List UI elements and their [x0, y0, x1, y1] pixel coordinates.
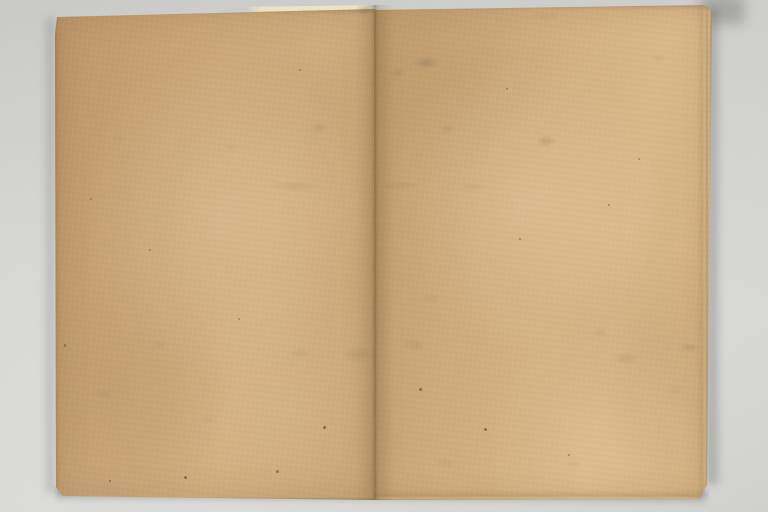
foxing-speck: [519, 238, 521, 240]
paper-stain: [648, 52, 670, 65]
foxing-speck: [109, 480, 111, 482]
book-shadow-right: [706, 8, 718, 484]
paper-stain: [610, 350, 642, 367]
paper-stain: [198, 414, 220, 425]
paper-stain: [436, 122, 460, 136]
paper-stain: [108, 132, 130, 145]
book-cast-shadow: [56, 488, 706, 505]
paper-stain: [560, 458, 584, 470]
paper-stain: [286, 346, 314, 361]
paper-stain: [418, 292, 444, 305]
paper-stain: [220, 142, 240, 153]
paper-stain: [532, 132, 560, 150]
photograph: [0, 0, 768, 512]
paper-stain: [452, 182, 496, 192]
foxing-speck: [419, 388, 422, 391]
foxing-speck: [299, 69, 301, 71]
foxing-speck: [276, 470, 279, 473]
paper-stain: [386, 66, 408, 80]
foxing-speck: [484, 428, 487, 431]
foxing-speck: [568, 454, 570, 456]
foxing-speck: [184, 476, 187, 479]
paper-stain: [336, 342, 380, 366]
paper-stain: [88, 388, 116, 401]
foxing-speck: [323, 426, 326, 429]
paper-stain: [306, 120, 332, 136]
paper-stain: [524, 12, 568, 21]
book-shadow-top-right: [700, 0, 744, 24]
foxing-speck: [64, 344, 66, 347]
paper-stain: [148, 338, 172, 351]
foxing-speck: [90, 198, 92, 200]
foxing-speck: [638, 158, 640, 160]
book-shadow-left: [46, 18, 55, 492]
right-page: [374, 5, 712, 501]
left-page: [55, 9, 375, 500]
paper-stain: [674, 342, 704, 353]
center-fold-gutter: [356, 5, 394, 500]
under-page-edge-sliver: [246, 5, 374, 13]
foxing-speck: [608, 204, 610, 206]
paper-stain: [430, 456, 460, 470]
foxing-speck: [149, 249, 151, 251]
paper-stain: [408, 54, 444, 72]
paper-stain: [372, 180, 428, 191]
paper-stain: [350, 4, 378, 16]
foxing-speck: [238, 318, 240, 320]
paper-stain: [258, 180, 330, 192]
paper-stain: [664, 382, 688, 397]
foxing-speck: [506, 88, 508, 90]
paper-stain: [588, 326, 612, 339]
stain-layer: [0, 0, 768, 512]
paper-stain: [398, 336, 430, 354]
